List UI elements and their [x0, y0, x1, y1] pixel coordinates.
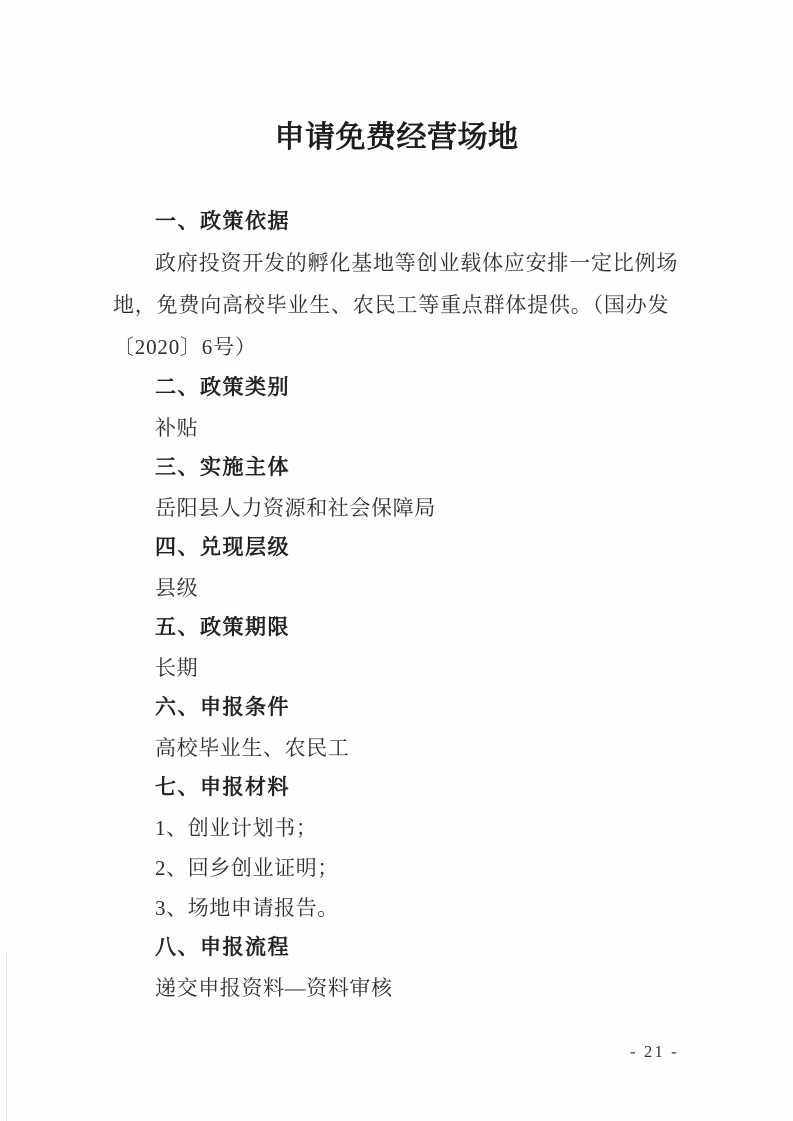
policy-category-heading: 二、政策类别 — [113, 368, 680, 408]
policy-basis-line-3: 〔2020〕6号） — [113, 326, 680, 368]
material-item-1: 1、创业计划书； — [113, 808, 680, 848]
material-item-3: 3、场地申请报告。 — [113, 888, 680, 928]
section-fulfillment-level: 四、兑现层级 县级 — [113, 528, 680, 608]
application-process-value: 递交申报资料—资料审核 — [113, 968, 680, 1008]
section-application-conditions: 六、申报条件 高校毕业生、农民工 — [113, 688, 680, 768]
policy-basis-heading: 一、政策依据 — [113, 202, 680, 242]
document-title: 申请免费经营场地 — [0, 0, 793, 158]
section-application-process: 八、申报流程 递交申报资料—资料审核 — [113, 928, 680, 1008]
policy-category-value: 补贴 — [113, 408, 680, 448]
section-application-materials: 七、申报材料 1、创业计划书； 2、回乡创业证明； 3、场地申请报告。 — [113, 768, 680, 928]
section-policy-basis: 一、政策依据 政府投资开发的孵化基地等创业载体应安排一定比例场 地，免费向高校毕… — [113, 202, 680, 368]
fulfillment-level-value: 县级 — [113, 568, 680, 608]
application-materials-heading: 七、申报材料 — [113, 768, 680, 808]
application-conditions-value: 高校毕业生、农民工 — [113, 728, 680, 768]
implementing-body-value: 岳阳县人力资源和社会保障局 — [113, 488, 680, 528]
implementing-body-heading: 三、实施主体 — [113, 448, 680, 488]
section-implementing-body: 三、实施主体 岳阳县人力资源和社会保障局 — [113, 448, 680, 528]
policy-basis-line-1: 政府投资开发的孵化基地等创业载体应安排一定比例场 — [113, 242, 680, 284]
application-conditions-heading: 六、申报条件 — [113, 688, 680, 728]
document-page: 申请免费经营场地 一、政策依据 政府投资开发的孵化基地等创业载体应安排一定比例场… — [0, 0, 793, 1121]
policy-basis-line-2: 地，免费向高校毕业生、农民工等重点群体提供。（国办发 — [113, 284, 680, 326]
application-process-heading: 八、申报流程 — [113, 928, 680, 968]
policy-period-value: 长期 — [113, 648, 680, 688]
policy-period-heading: 五、政策期限 — [113, 608, 680, 648]
section-policy-category: 二、政策类别 补贴 — [113, 368, 680, 448]
document-body: 一、政策依据 政府投资开发的孵化基地等创业载体应安排一定比例场 地，免费向高校毕… — [113, 202, 680, 1008]
material-item-2: 2、回乡创业证明； — [113, 848, 680, 888]
page-number: - 21 - — [630, 1042, 679, 1062]
section-policy-period: 五、政策期限 长期 — [113, 608, 680, 688]
fulfillment-level-heading: 四、兑现层级 — [113, 528, 680, 568]
